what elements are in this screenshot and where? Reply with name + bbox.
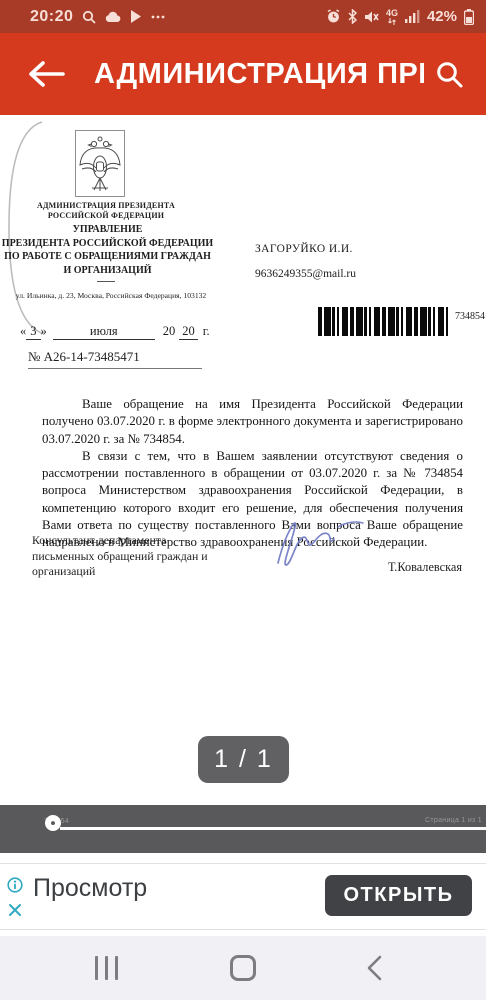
play-icon bbox=[130, 10, 142, 23]
recipient-email: 9636249355@mail.ru bbox=[255, 268, 356, 280]
ad-info-icon[interactable] bbox=[7, 877, 23, 898]
date-year-hand: 20 bbox=[179, 324, 198, 340]
app-bar: АДМИНИСТРАЦИЯ ПРЕ… bbox=[0, 33, 486, 115]
ad-banner: Просмотр ОТКРЫТЬ bbox=[0, 863, 486, 930]
document-date: «3»июля2020г. bbox=[20, 324, 210, 340]
letterhead-org: АДМИНИСТРАЦИЯ ПРЕЗИДЕНТА РОССИЙСКОЙ ФЕДЕ… bbox=[0, 201, 212, 220]
date-quote-close: » bbox=[41, 324, 47, 339]
letter-paragraph-1: Ваше обращение на имя Президента Российс… bbox=[42, 396, 463, 448]
phone-screen: 20:20 4G bbox=[0, 0, 486, 1000]
signer-position: Консультант департамента письменных обра… bbox=[32, 533, 208, 580]
signer-position-line2: письменных обращений граждан и bbox=[32, 549, 208, 565]
ad-open-button[interactable]: ОТКРЫТЬ bbox=[325, 875, 472, 916]
recents-icon[interactable] bbox=[95, 956, 118, 980]
letterhead-dept: УПРАВЛЕНИЕ ПРЕЗИДЕНТА РОССИЙСКОЙ ФЕДЕРАЦ… bbox=[0, 223, 215, 277]
alarm-icon bbox=[326, 9, 341, 24]
back-arrow-icon[interactable] bbox=[26, 60, 66, 88]
signer-name: Т.Ковалевская bbox=[388, 560, 462, 575]
signer-position-line1: Консультант департамента bbox=[32, 533, 208, 549]
date-day: 3 bbox=[26, 324, 40, 340]
battery-percent-label: 42% bbox=[427, 8, 457, 25]
date-suffix: г. bbox=[203, 324, 210, 339]
seekbar-thumb[interactable] bbox=[45, 815, 61, 831]
network-type-label: 4G bbox=[386, 9, 398, 18]
letterhead-dept-line1: УПРАВЛЕНИЕ bbox=[0, 223, 215, 237]
cloud-icon bbox=[105, 11, 121, 23]
signer-position-line3: организаций bbox=[32, 564, 208, 580]
date-year-print: 20 bbox=[163, 324, 176, 339]
clock-time: 20:20 bbox=[30, 8, 73, 26]
letterhead-divider bbox=[97, 281, 115, 282]
status-bar: 20:20 4G bbox=[0, 0, 486, 33]
page-indicator: 1 / 1 bbox=[198, 736, 289, 783]
date-month: июля bbox=[53, 324, 155, 340]
seekbar-page-label: Страница 1 из 1 bbox=[425, 817, 482, 824]
page-seekbar[interactable]: 734854 Страница 1 из 1 bbox=[0, 805, 486, 853]
bluetooth-icon bbox=[348, 9, 357, 24]
search-icon[interactable] bbox=[434, 59, 464, 89]
letterhead-dept-line2: ПРЕЗИДЕНТА РОССИЙСКОЙ ФЕДЕРАЦИИ bbox=[0, 237, 215, 251]
letterhead-address: ул. Ильинка, д. 23, Москва, Российская Ф… bbox=[0, 291, 222, 300]
home-icon[interactable] bbox=[230, 955, 256, 981]
letterhead-dept-line3: ПО РАБОТЕ С ОБРАЩЕНИЯМИ ГРАЖДАН bbox=[0, 250, 215, 264]
letter-body: Ваше обращение на имя Президента Российс… bbox=[42, 396, 463, 552]
navigation-bar bbox=[0, 936, 486, 1000]
letterhead-org-line2: РОССИЙСКОЙ ФЕДЕРАЦИИ bbox=[0, 211, 212, 221]
seekbar-track[interactable] bbox=[60, 827, 486, 830]
letterhead-org-line1: АДМИНИСТРАЦИЯ ПРЕЗИДЕНТА bbox=[0, 201, 212, 211]
barcode-number: 734854 bbox=[455, 311, 485, 322]
coat-of-arms-icon bbox=[75, 130, 125, 197]
document-title: АДМИНИСТРАЦИЯ ПРЕ… bbox=[94, 58, 424, 91]
reference-number: № А26-14-73485471 bbox=[28, 349, 202, 369]
nav-back-icon[interactable] bbox=[366, 955, 383, 986]
ad-title: Просмотр bbox=[33, 874, 147, 903]
ad-close-icon[interactable] bbox=[8, 903, 22, 922]
barcode bbox=[318, 307, 448, 336]
handwritten-signature bbox=[268, 513, 368, 576]
signal-icon bbox=[405, 10, 420, 23]
search-icon bbox=[82, 10, 96, 24]
network-4g-icon: 4G bbox=[386, 9, 398, 25]
letterhead-dept-line4: И ОРГАНИЗАЦИЙ bbox=[0, 264, 215, 278]
recipient-name: ЗАГОРУЙКО И.И. bbox=[255, 243, 353, 255]
more-icon bbox=[151, 15, 165, 19]
mute-icon bbox=[364, 10, 379, 24]
battery-icon bbox=[464, 9, 474, 25]
